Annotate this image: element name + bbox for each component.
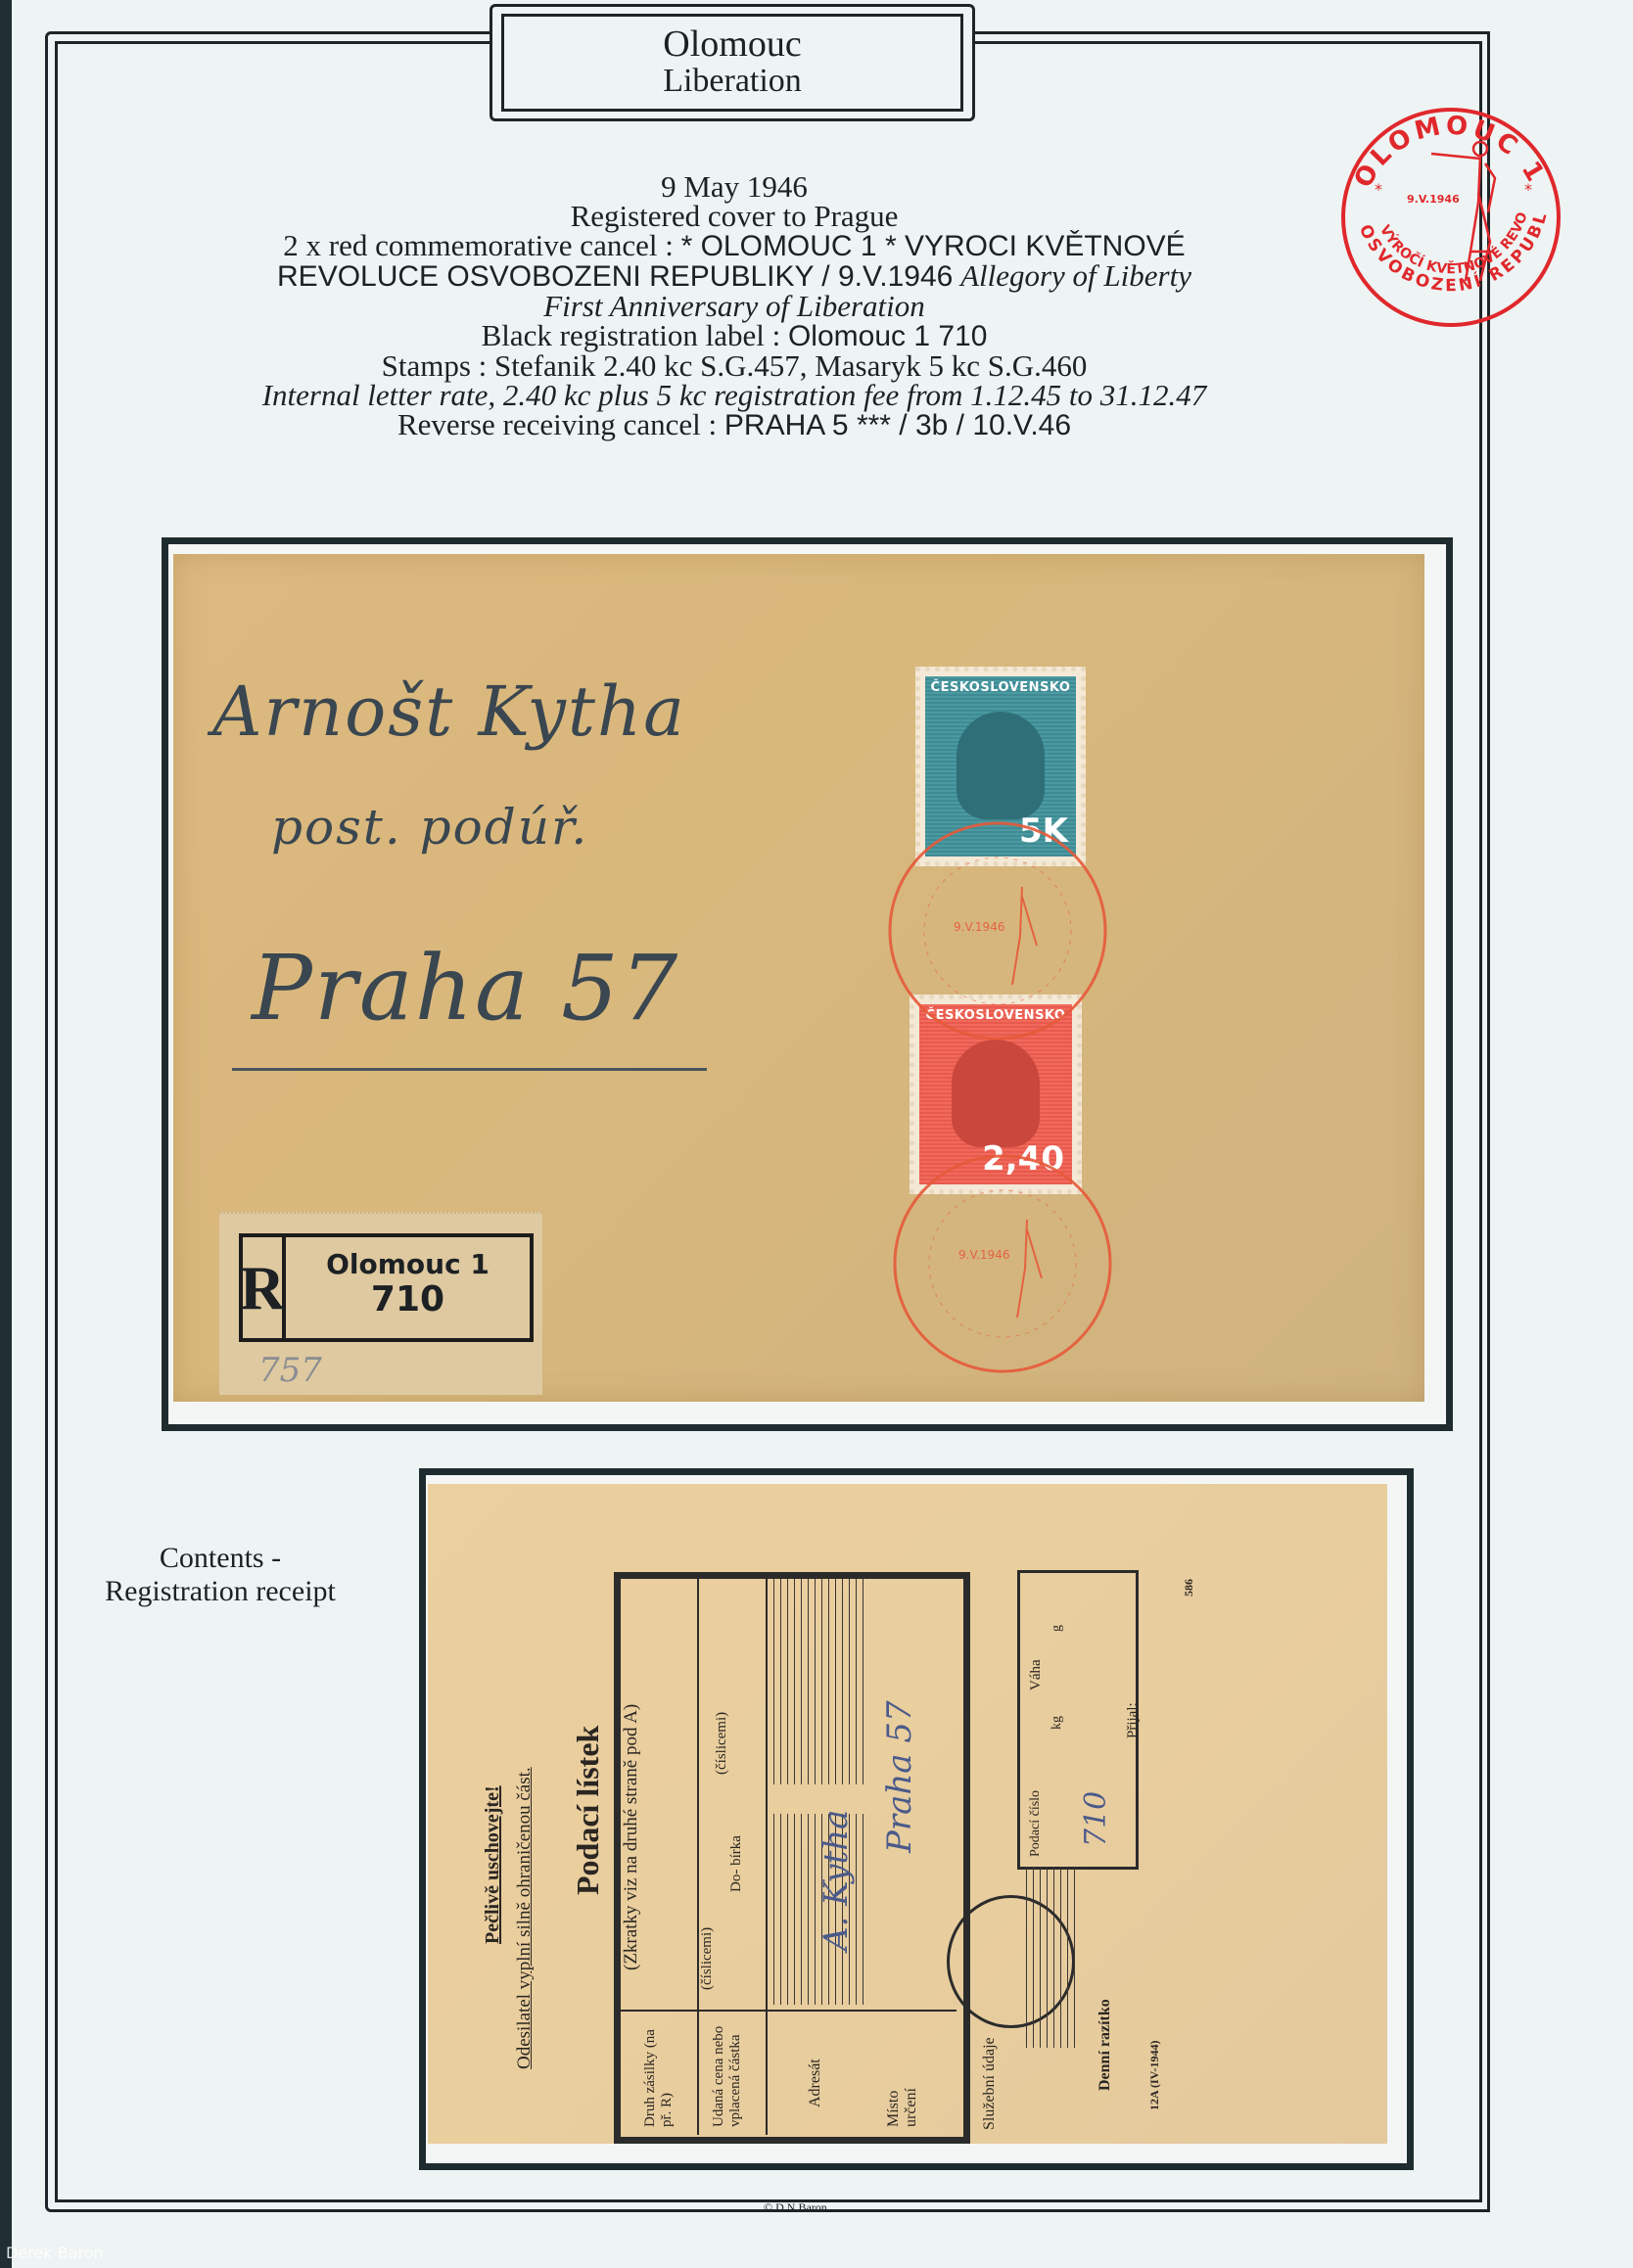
stamps-description: Stamps : Stefanik 2.40 kc S.G.457, Masar…: [98, 351, 1371, 381]
portrait-icon: [952, 1040, 1040, 1147]
address-name: Arnošt Kytha: [212, 671, 686, 752]
address-underline: [232, 1068, 707, 1071]
anniversary-note: First Anniversary of Liberation: [98, 292, 1371, 321]
svg-text:9.V.1946: 9.V.1946: [1407, 193, 1460, 206]
pencil-note: 757: [258, 1351, 322, 1390]
title-box: Olomouc Liberation: [501, 14, 963, 112]
registration-label-description: Black registration label : Olomouc 1 710: [98, 321, 1371, 351]
description-block: 9 May 1946 Registered cover to Prague 2 …: [98, 172, 1371, 440]
red-cancel-2: 9.V.1946: [880, 1141, 1125, 1386]
handwritten-addressee: A. Kytha: [816, 1810, 856, 1951]
weight-number-box: Podací číslo Váha kg g 710: [1017, 1570, 1139, 1870]
cover-date: 9 May 1946: [98, 172, 1371, 202]
page-subtitle: Liberation: [504, 64, 960, 99]
registration-r-mark: R: [243, 1237, 286, 1338]
registration-office: Olomouc 1: [286, 1247, 530, 1282]
address-line2: post. podúř.: [271, 799, 588, 856]
handwritten-receipt-number: 710: [1079, 1791, 1113, 1847]
red-cancel-1: 9.V.1946: [875, 809, 1120, 1053]
copyright: © D.N.Baron: [764, 2200, 827, 2215]
address-city: Praha 57: [252, 936, 679, 1041]
commemorative-cancel-illustration: OLOMOUC 1 VÝROČÍ KVĚTNOVÉ REVOLUCE OSVOB…: [1333, 105, 1568, 330]
cover-type: Registered cover to Prague: [98, 202, 1371, 231]
cancel-description-line1: 2 x red commemorative cancel : * OLOMOUC…: [98, 231, 1371, 261]
receipt-form-box: (Zkratky viz na druhé straně pod A) Druh…: [614, 1572, 970, 2144]
registration-label: R Olomouc 1 710 757: [219, 1212, 542, 1395]
receiving-cancel-description: Reverse receiving cancel : PRAHA 5 *** /…: [98, 410, 1371, 440]
svg-text:*: *: [1375, 180, 1382, 199]
scan-edge: [0, 0, 12, 2268]
cancel-description-line2: REVOLUCE OSVOBOZENI REPUBLIKY / 9.V.1946…: [98, 261, 1371, 292]
page-title: Olomouc: [504, 24, 960, 64]
registration-number: 710: [286, 1282, 530, 1318]
portrait-icon: [956, 712, 1045, 819]
svg-text:9.V.1946: 9.V.1946: [954, 920, 1004, 934]
liberty-figure-icon: [1431, 142, 1495, 281]
registered-cover: Arnošt Kytha post. podúř. Praha 57 ČESKO…: [173, 554, 1424, 1402]
svg-text:9.V.1946: 9.V.1946: [958, 1248, 1009, 1262]
registration-receipt: Pečlivě uschovejte! Odesilatel vyplní si…: [428, 1484, 1387, 2144]
watermark: Derek Baron: [6, 2244, 104, 2262]
handwritten-destination: Praha 57: [880, 1700, 919, 1853]
svg-text:*: *: [1524, 180, 1532, 199]
contents-caption: Contents - Registration receipt: [59, 1542, 382, 1608]
rate-note: Internal letter rate, 2.40 kc plus 5 kc …: [98, 381, 1371, 410]
